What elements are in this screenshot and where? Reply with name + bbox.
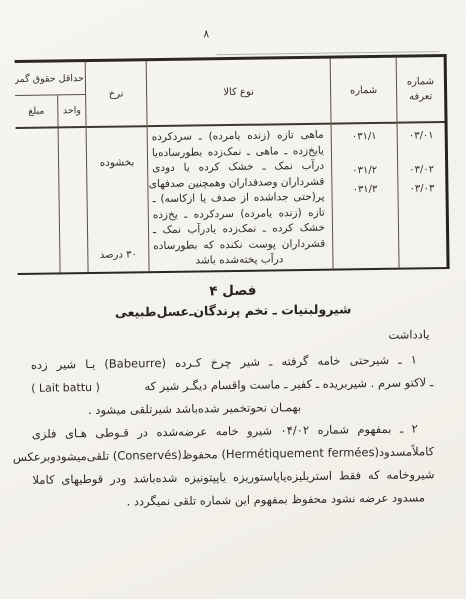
scan-tilt-wrapper: ۸ حداقل حقوق گمرکی مبلغ واحد نرخ [0, 0, 466, 599]
min-duty-header-label: حداقل حقوق گمرکی [15, 62, 85, 96]
rate-column-header: نرخ [86, 61, 147, 128]
note-label: یادداشت [388, 327, 429, 342]
goods-description-cell: ماهی تازه (زنده یامرده) ـ سردکرده یایخ‌ز… [148, 125, 333, 272]
min-duty-subheaders: مبلغ واحد [15, 95, 85, 127]
min-duty-column-group: حداقل حقوق گمرکی مبلغ واحد [15, 62, 88, 273]
goods-line: قشرداران پوست نکنده که بطورساده [153, 236, 325, 254]
number-value: ۰۳۱/۲ [332, 165, 397, 177]
number-column-header: شماره [331, 58, 397, 125]
note-2-paragraph: ۲ ـ بمفهوم شماره ۰۴/۰۲ شیرو خامه عرضه‌شد… [32, 417, 435, 515]
note-1-line-2-persian: ـ لاکتو سرم . شیربریده ـ کفیر ـ ماست واق… [144, 371, 433, 397]
amount-cell-empty [16, 128, 60, 273]
rate-column: نرخ بخشوده ۳۰ درصد [85, 61, 149, 272]
tariff-number-value: ۰۳/۰۳ [398, 183, 445, 195]
tariff-header-line2: تعرفه [409, 89, 432, 104]
unit-cell-empty [58, 128, 88, 272]
unit-column-header: واحد [57, 95, 85, 126]
tariff-table: حداقل حقوق گمرکی مبلغ واحد نرخ بخشوده ۳۰… [15, 54, 450, 275]
min-duty-header-block: حداقل حقوق گمرکی مبلغ واحد [15, 62, 86, 129]
chapter-title: فصل ۴ [0, 280, 466, 303]
min-duty-body [16, 128, 88, 273]
scanned-document-page: ۸ حداقل حقوق گمرکی مبلغ واحد نرخ [0, 0, 466, 599]
note-1-line-2-french-term: ( Lait battu ) [31, 377, 100, 400]
tariff-number-body: ۰۳/۰۱ ۰۳/۰۲ ۰۳/۰۳ [398, 123, 447, 268]
goods-line: پر(حتی جداشده از صدف یا ازکاسه) ـ [152, 190, 324, 208]
tariff-number-column: شماره تعرفه ۰۳/۰۱ ۰۳/۰۲ ۰۳/۰۳ [396, 57, 447, 268]
note-1-paragraph: ۱ ـ شیرحتی خامه گرفته ـ شیر چرخ کـرده (B… [31, 348, 434, 423]
tariff-number-value: ۰۳/۰۱ [398, 130, 445, 142]
number-column-body: ۰۳۱/۱ ۰۳۱/۲ ۰۳۱/۳ [332, 124, 399, 269]
rate-value-30-percent: ۳۰ درصد [88, 249, 148, 261]
goods-type-column: نوع کالا ماهی تازه (زنده یامرده) ـ سردکر… [146, 59, 333, 272]
number-column: شماره ۰۳۱/۱ ۰۳۱/۲ ۰۳۱/۳ [330, 58, 399, 269]
number-value: ۰۳۱/۱ [332, 131, 397, 143]
amount-column-header: مبلغ [15, 95, 57, 127]
tariff-number-value: ۰۳/۰۲ [398, 164, 445, 176]
note-2-line-4: مسدود عرضه نشود محفوظ بمفهوم این شماره ت… [75, 486, 466, 515]
tariff-number-header: شماره تعرفه [397, 57, 445, 124]
tariff-header-line1: شماره [407, 74, 434, 89]
goods-line: درآب پخته‌شده باشد [153, 252, 325, 270]
chapter-subtitle: شیرولبنیات ـ تخم پرندگان‌ـ‌عسل‌طبیعی [0, 300, 466, 322]
page-number: ۸ [0, 24, 416, 43]
number-value: ۰۳۱/۳ [332, 184, 397, 196]
goods-line: درآب نمک ـ خشک کرده یا دودی [152, 159, 324, 177]
goods-line: خشک کرده ـ نمک‌زده یادرآب نمک ـ [153, 221, 325, 239]
goods-type-header: نوع کالا [147, 59, 331, 128]
goods-line: ماهی تازه (زنده یامرده) ـ سردکرده [152, 128, 324, 146]
rate-value-exempt: بخشوده [87, 156, 147, 169]
rate-column-body: بخشوده ۳۰ درصد [87, 127, 149, 272]
